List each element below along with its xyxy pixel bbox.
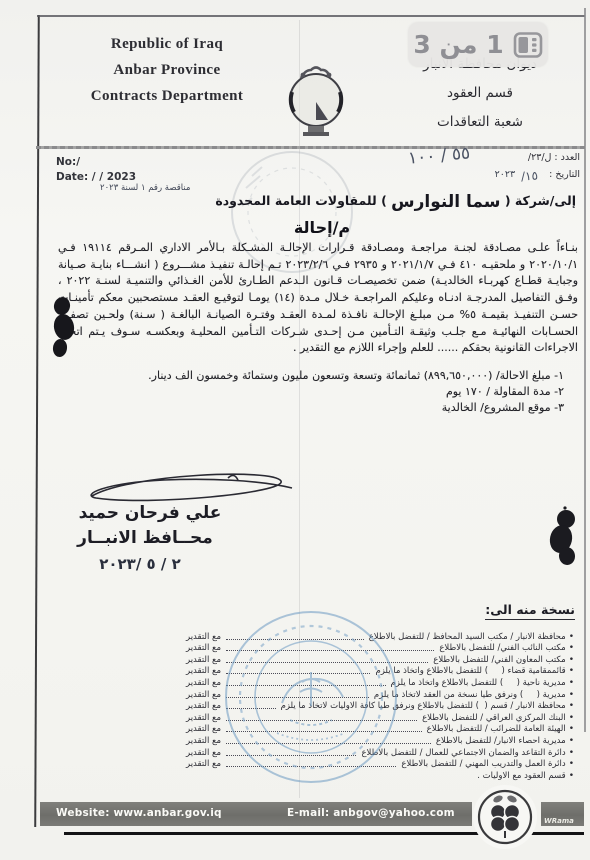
subject-line: م/إحالة [268, 218, 376, 237]
ref-date-values: ١٥/ ٢٠٢٣ [495, 169, 538, 183]
bullet-icon: • [569, 748, 574, 758]
copy-recipient-tail: مع التقدير [186, 690, 221, 700]
bullet-icon: • [569, 632, 574, 642]
copy-recipient-tail: مع التقدير [186, 724, 221, 734]
bullet-icon: • [569, 655, 574, 665]
letterhead-line: Republic of Iraq [42, 36, 292, 53]
letterhead-line: Contracts Department [42, 88, 292, 105]
detail-item: ١- مبلغ الاحالة/ (٨٩٩,٦٥٠,٠٠٠) ثمانمائة … [58, 368, 564, 384]
bullet-icon: • [569, 771, 574, 781]
handwritten-ref-number: ٥٥ / ١٠٠ [407, 143, 471, 168]
letter-body: بنـاءاً علـى مصـادقة لجنـة مراجعـة ومصـا… [58, 240, 578, 357]
footer-emblem-icon [472, 784, 538, 850]
scanned-letter-page: 1 من 3 Republic of Iraq Anbar Province C… [0, 0, 590, 860]
copy-recipient-tail: مع التقدير [186, 666, 221, 676]
bullet-icon: • [569, 736, 574, 746]
copy-recipient-text: الهيئة العامة للضرائب / للتفضل بالاطلاع [427, 724, 566, 734]
footer-email: E-mail: anbgov@yahoo.com [287, 807, 455, 819]
copy-recipient-tail: مع التقدير [186, 701, 221, 711]
page-indicator-text: 1 من 3 [413, 30, 503, 59]
english-letterhead: Republic of Iraq Anbar Province Contract… [42, 36, 292, 114]
addressee-suffix: ) للمقاولات العامة المحدودة [215, 193, 386, 208]
detail-item: ٣- موقع المشروع/ الخالدية [58, 400, 564, 416]
photo-watermark: WRama [544, 817, 574, 825]
pages-icon [513, 30, 543, 60]
bullet-icon: • [569, 678, 574, 688]
ref-number-label-ar: العدد : ل/٢٣/ [528, 152, 580, 163]
copy-recipient-text: مديرية احصاء الانبار/ للتفضل بالاطلاع [436, 736, 566, 746]
tender-number-note: مناقصة رقم ١ لسنة ٢٠٢٣ [100, 183, 195, 193]
copy-recipient-text: قائممقامية قضاء ( ) للتفضل بالاطلاع واتخ… [375, 666, 565, 676]
ref-date-label-ar: التاريخ : [549, 169, 580, 180]
signer-title: محــافظ الانبــار [45, 528, 245, 548]
ref-date-year: ٢٠٢٣ [495, 169, 515, 183]
copy-recipient-text: قسم العقود مع الاوليات . [477, 771, 565, 781]
copy-recipient-text: دائرة العمل والتدريب المهني / للتفضل بال… [401, 759, 565, 769]
company-name: سما النوارس [391, 192, 500, 212]
detail-item: ٢- مدة المقاولة / ١٧٠ يوم [58, 384, 564, 400]
header-divider [36, 146, 586, 149]
letter-detail-items: ١- مبلغ الاحالة/ (٨٩٩,٦٥٠,٠٠٠) ثمانمائة … [58, 368, 578, 416]
addressee-prefix: إلى/شركة ( [505, 193, 576, 208]
bullet-icon: • [569, 701, 574, 711]
letterhead-line-ar: قسم العقود [380, 85, 580, 101]
copy-recipient-tail: مع التقدير [186, 632, 221, 642]
copy-recipient-tail: مع التقدير [186, 678, 221, 688]
copy-recipient-text: مكتب النائب الفني/ للتفضل بالاطلاع [439, 643, 565, 653]
ink-blot-right [545, 505, 581, 567]
letterhead-line-ar: شعبة التعاقدات [380, 114, 580, 130]
copy-recipient-tail: مع التقدير [186, 655, 221, 665]
bullet-icon: • [569, 666, 574, 676]
blue-round-stamp [222, 608, 400, 786]
bullet-icon: • [569, 713, 574, 723]
footer-website: Website: www.anbar.gov.iq [56, 807, 222, 819]
copy-recipient-tail: مع التقدير [186, 759, 221, 769]
arabic-letterhead: ديوان محافظة الأنبار قسم العقود شعبة الت… [380, 56, 580, 143]
handwritten-date: ١٥/ [521, 169, 539, 184]
bullet-icon: • [569, 643, 574, 653]
copy-recipient-tail: مع التقدير [186, 748, 221, 758]
copy-recipient-text: مكتب المعاون الفني/ للتفضل بالاطلاع [433, 655, 565, 665]
ink-blot-left [49, 296, 77, 360]
bullet-icon: • [569, 690, 574, 700]
anbar-emblem-icon [283, 60, 349, 154]
addressee-line: إلى/شركة ( سما النوارس ) للمقاولات العام… [215, 192, 576, 212]
scan-edge-right [584, 8, 586, 732]
bullet-icon: • [569, 724, 574, 734]
copies-heading: نسخة منه الى: [485, 602, 575, 620]
ref-no-label: No:/ [56, 155, 136, 170]
copy-recipient-text: مديرية ( ) ونرفق طيا نسخة من العقد لاتخا… [374, 690, 566, 700]
signature-date: ٢ / ٥ /٢٠٢٣ [40, 555, 240, 573]
copy-recipient-text: مديرية ناحية ( ) للتفضل بالاطلاع واتخاذ … [391, 678, 566, 688]
copy-recipient-tail: مع التقدير [186, 713, 221, 723]
scan-edge-left [34, 15, 40, 827]
copy-recipient-tail: مع التقدير [186, 643, 221, 653]
copy-recipient-tail: مع التقدير [186, 736, 221, 746]
scan-edge-top [37, 15, 585, 17]
page-indicator-pill[interactable]: 1 من 3 [408, 22, 548, 67]
bullet-icon: • [569, 759, 574, 769]
reference-english: No:/ Date: / / 2023 [56, 155, 136, 185]
letterhead-line: Anbar Province [42, 62, 292, 79]
signer-name: علي فرحان حميد [50, 503, 250, 523]
copy-recipient-text: البنك المركزي العراقي / للتفضل بالاطلاع [422, 713, 566, 723]
